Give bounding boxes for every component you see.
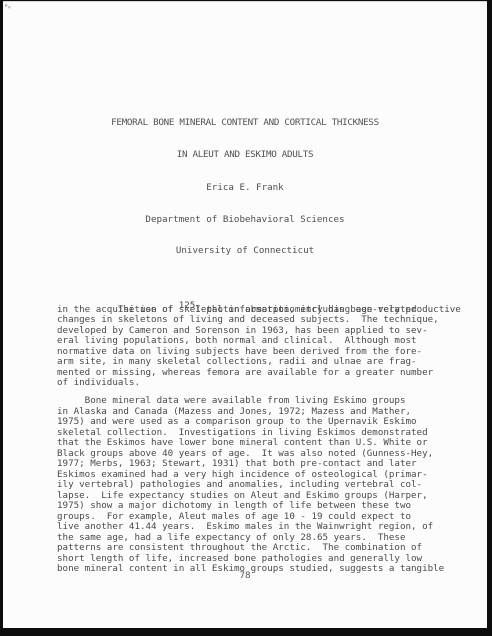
- author-university: University of Connecticut: [3, 246, 487, 257]
- author-name: Erica E. Frank: [3, 183, 487, 194]
- scan-artifact-corner: [4, 3, 11, 9]
- paper-title-line-1: FEMORAL BONE MINERAL CONTENT AND CORTICA…: [3, 118, 487, 129]
- author-block: Erica E. Frank Department of Biobehavior…: [3, 162, 487, 278]
- paragraph-1-body: in the acquisition of skeletal informati…: [57, 305, 439, 389]
- paper-title-line-2: IN ALEUT AND ESKIMO ADULTS: [3, 150, 487, 161]
- scanned-page-frame: FEMORAL BONE MINERAL CONTENT AND CORTICA…: [0, 0, 492, 636]
- author-department: Department of Biobehavioral Sciences: [3, 215, 487, 226]
- page-number: 78: [3, 571, 487, 582]
- paragraph-2-body: Bone mineral data were available from li…: [57, 396, 444, 575]
- paper-page: FEMORAL BONE MINERAL CONTENT AND CORTICA…: [3, 1, 487, 628]
